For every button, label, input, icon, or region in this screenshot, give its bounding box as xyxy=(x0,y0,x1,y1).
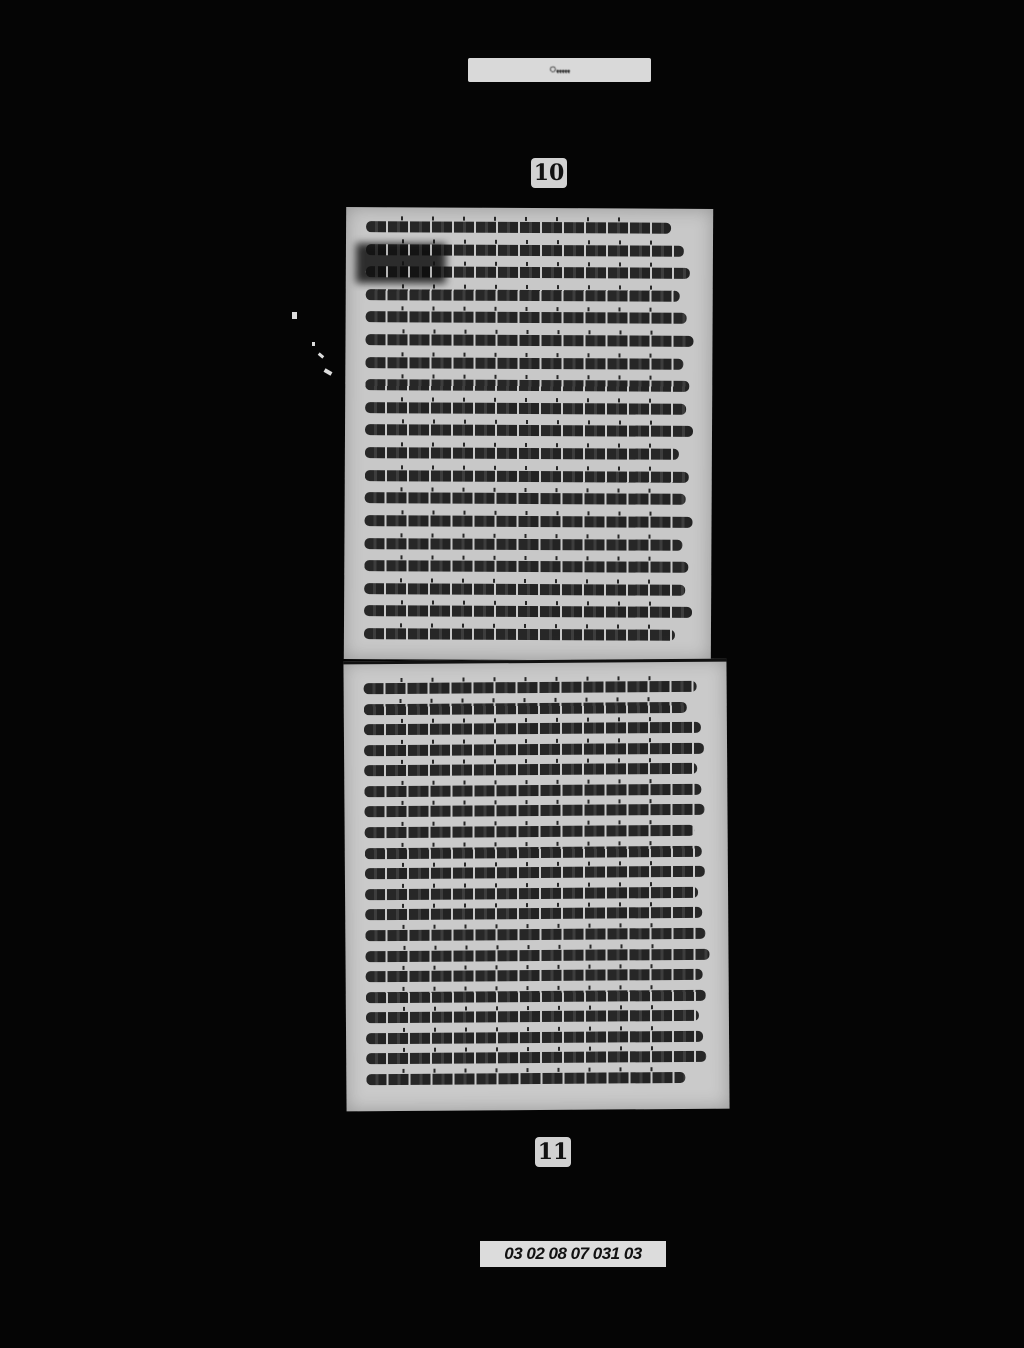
page-number-bottom: 11 xyxy=(535,1137,571,1167)
header-label-strip: ꩻꩻꩻꩻꩻ xyxy=(468,58,651,82)
page-number-top: 10 xyxy=(531,158,567,188)
handwritten-text-block xyxy=(364,681,714,1085)
manuscript-leaf-11 xyxy=(343,659,729,1112)
catalog-number-strip: 03 02 08 07 031 03 xyxy=(480,1241,666,1267)
manuscript-leaf-10 xyxy=(344,207,713,661)
handwritten-text-block xyxy=(364,221,697,641)
header-label-text: ꩻꩻꩻꩻꩻ xyxy=(549,62,569,78)
torn-paper-fragment xyxy=(290,312,335,382)
